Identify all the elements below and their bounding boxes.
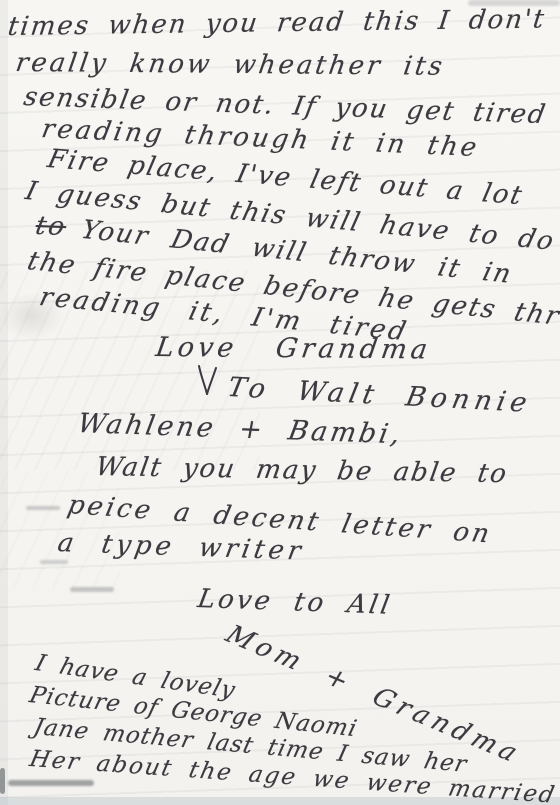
- line-times-when-you-read: times when you read this I don't: [6, 4, 547, 42]
- closing-love-to-all: Love to All: [195, 584, 394, 621]
- line-really-know: really know wheather its: [14, 48, 447, 82]
- scan-left-edge: [0, 0, 8, 805]
- scan-smudge: [70, 587, 114, 592]
- closing-love-grandma: Love Grandma: [154, 332, 434, 365]
- scan-smudge: [26, 506, 60, 510]
- scan-smudge: [8, 780, 94, 786]
- down-arrow-icon: [196, 364, 220, 398]
- crossed-out-word: to: [33, 211, 69, 242]
- line-walt-you-may: Walt you may be able to: [94, 452, 511, 489]
- scan-smudge: [40, 560, 68, 564]
- line-wahlene-bambi: Wahlene + Bambi,: [75, 408, 405, 450]
- line-to-walt-bonnie: To Walt Bonnie: [225, 372, 534, 419]
- letter-page: times when you read this I don't really …: [0, 0, 560, 805]
- scan-smudge: [0, 768, 5, 794]
